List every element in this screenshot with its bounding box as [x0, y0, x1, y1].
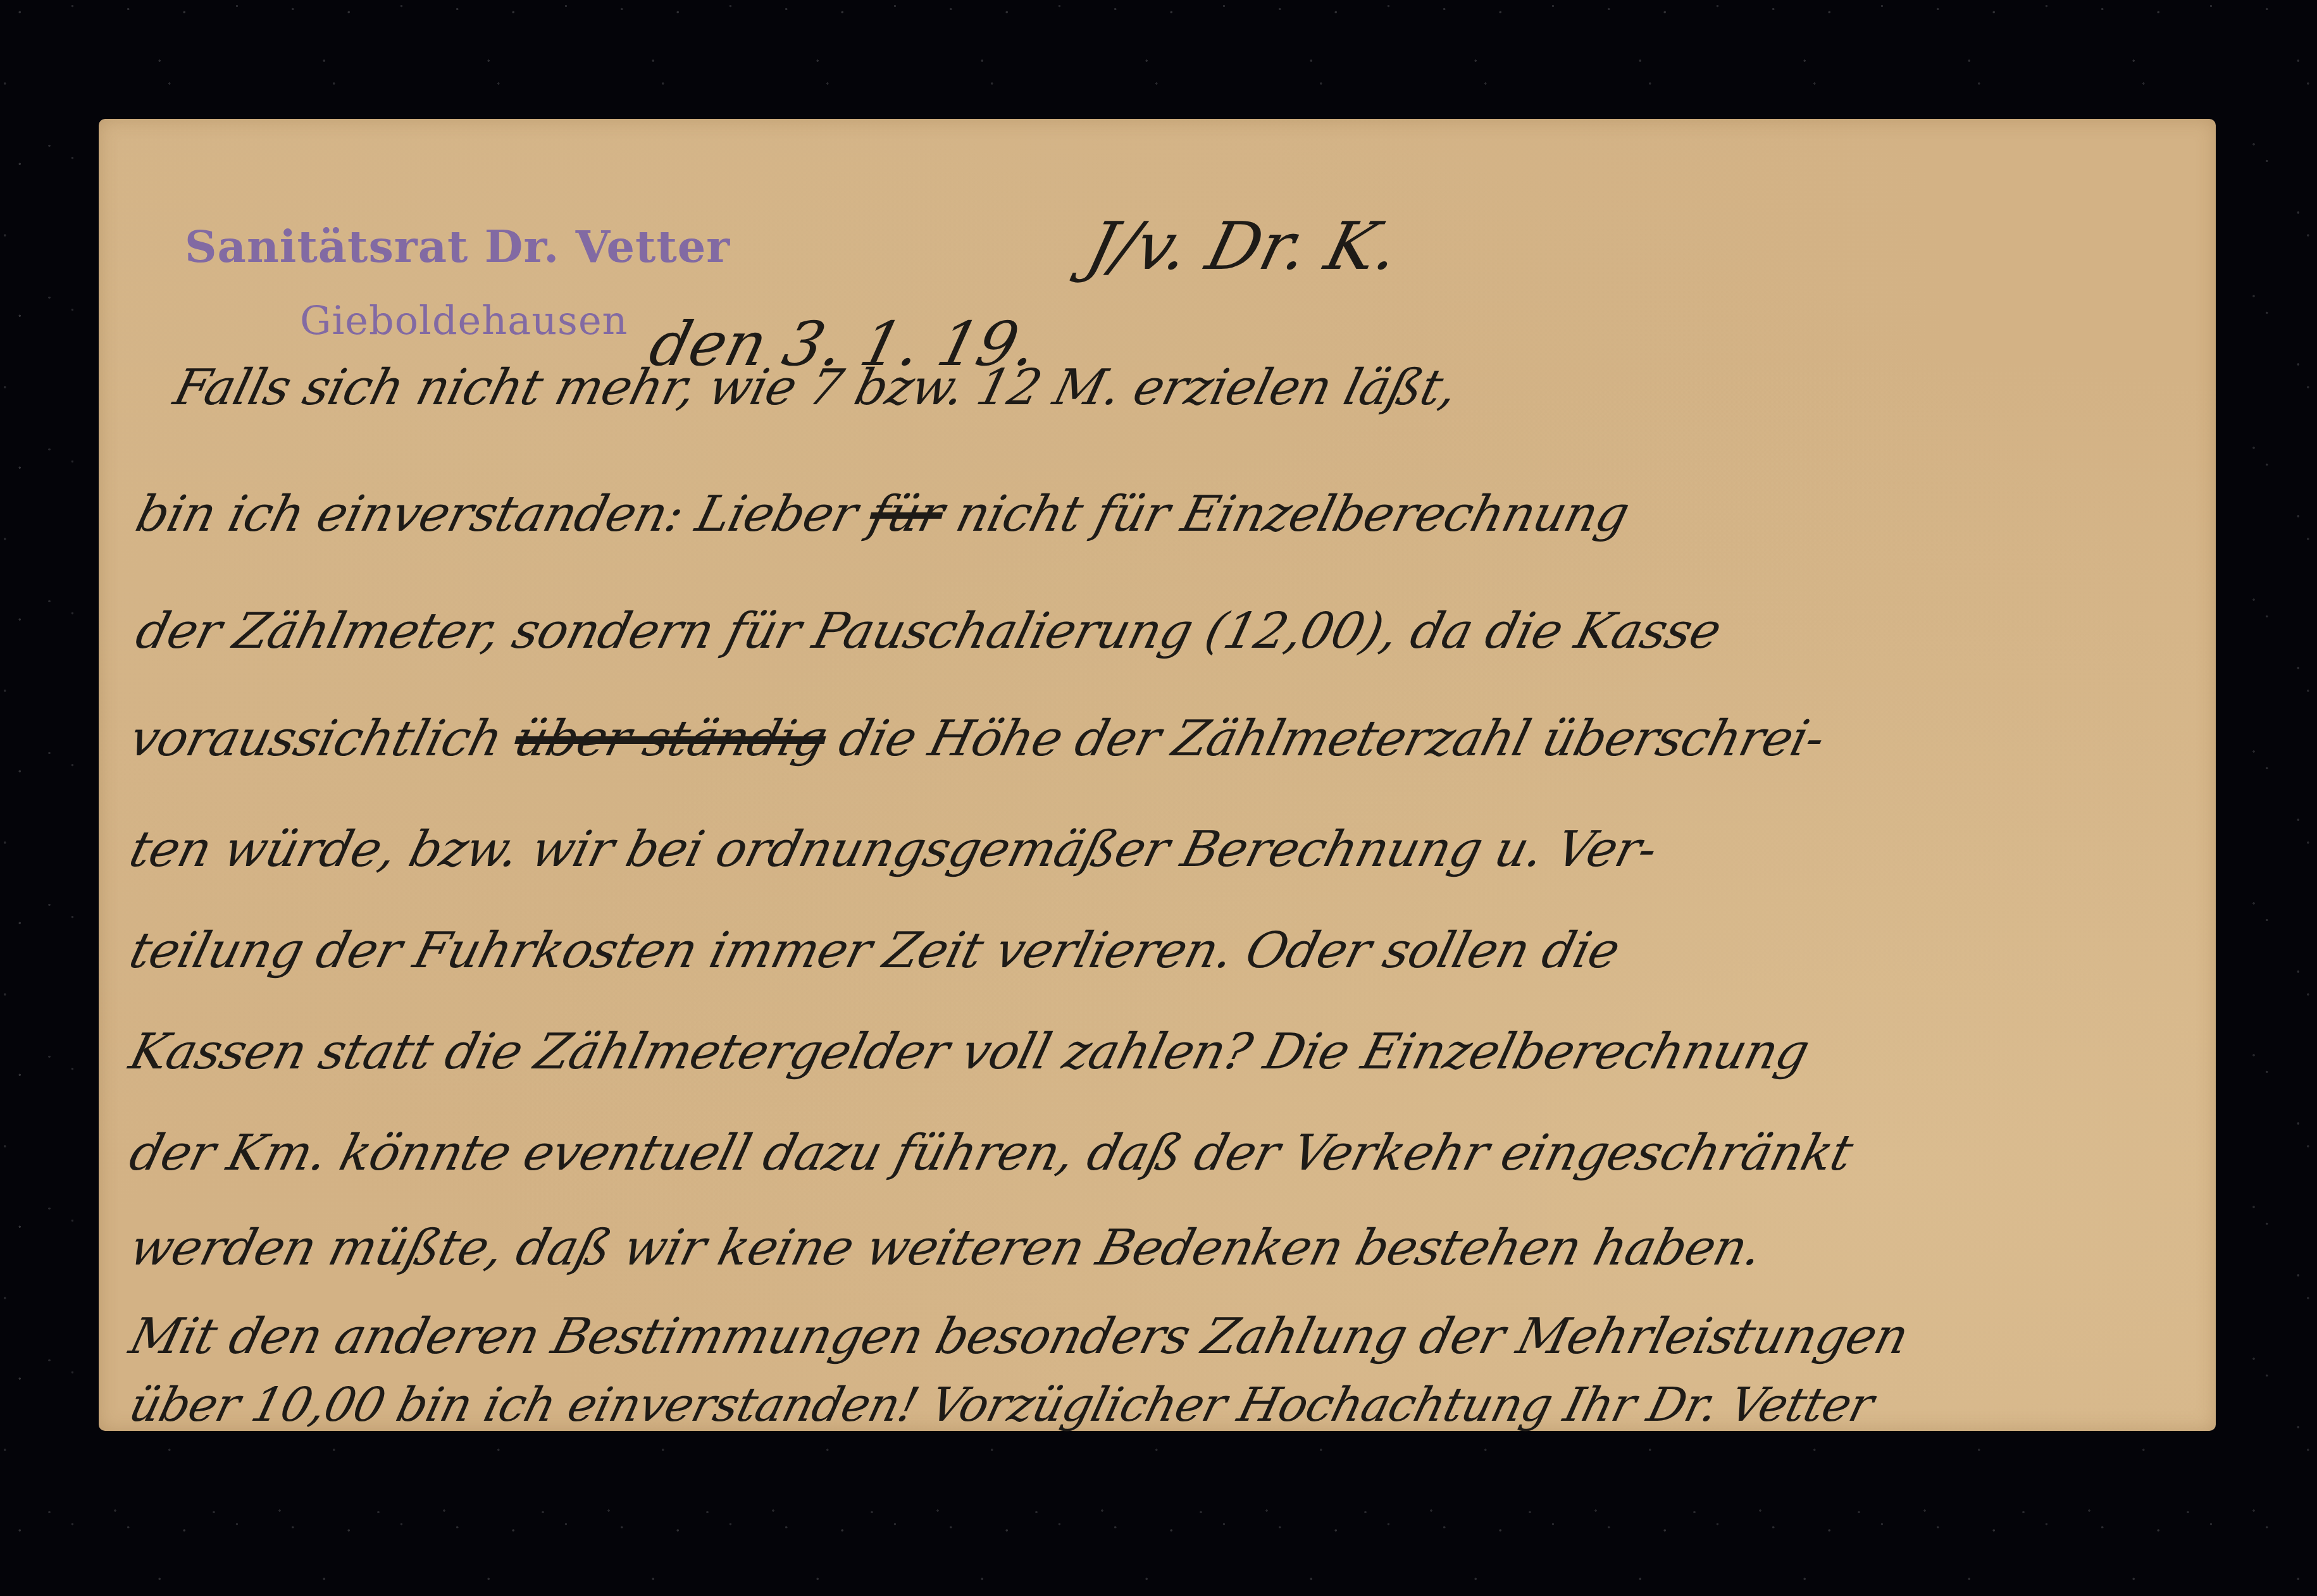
line-text: voraussichtlich — [124, 710, 523, 767]
stamp-place: Gieboldehausen — [300, 297, 628, 343]
line-text: Kassen statt die Zählmetergelder voll za… — [124, 1024, 1815, 1080]
stamp-name: Sanitätsrat Dr. Vetter — [185, 220, 730, 273]
line-text: der Zählmeter, sondern für Pauschalierun… — [130, 603, 1727, 660]
reference-note: J/v. Dr. K. — [1079, 207, 1407, 285]
body-line-6: teilung der Fuhrkosten immer Zeit verlie… — [124, 922, 1625, 979]
body-line-4: voraussichtlich über ständig die Höhe de… — [124, 710, 1830, 767]
line-text: Falls sich nicht mehr, wie 7 bzw. 12 M. … — [168, 359, 1463, 416]
line-text: Mit den anderen Bestimmungen besonders Z… — [124, 1308, 1914, 1365]
line-text: die Höhe der Zählmeterzahl überschrei- — [818, 710, 1830, 767]
line-text: über 10,00 bin ich einverstanden! Vorzüg… — [124, 1378, 1879, 1432]
line-text: werden müßte, daß wir keine weiteren Bed… — [124, 1220, 1768, 1277]
body-line-10: Mit den anderen Bestimmungen besonders Z… — [124, 1308, 1914, 1365]
body-line-5: ten würde, bzw. wir bei ordnungsgemäßer … — [124, 821, 1663, 878]
body-line-2: bin ich einverstanden: Lieber für nicht … — [130, 486, 1634, 543]
struck-words: über ständig — [509, 710, 833, 767]
line-text: teilung der Fuhrkosten immer Zeit verlie… — [124, 922, 1625, 979]
body-line-8: der Km. könnte eventuell dazu führen, da… — [124, 1125, 1858, 1182]
line-text: der Km. könnte eventuell dazu führen, da… — [124, 1125, 1858, 1182]
line-text: bin ich einverstanden: Lieber — [130, 486, 878, 543]
postcard: Sanitätsrat Dr. Vetter Gieboldehausen de… — [99, 119, 2216, 1431]
body-line-3: der Zählmeter, sondern für Pauschalierun… — [130, 603, 1727, 660]
body-line-1: Falls sich nicht mehr, wie 7 bzw. 12 M. … — [168, 359, 1463, 416]
line-text: nicht für Einzelberechnung — [935, 486, 1634, 543]
line-text: ten würde, bzw. wir bei ordnungsgemäßer … — [124, 821, 1663, 878]
body-line-9: werden müßte, daß wir keine weiteren Bed… — [124, 1220, 1768, 1277]
body-line-7: Kassen statt die Zählmetergelder voll za… — [124, 1024, 1815, 1080]
body-line-11: über 10,00 bin ich einverstanden! Vorzüg… — [124, 1378, 1879, 1432]
